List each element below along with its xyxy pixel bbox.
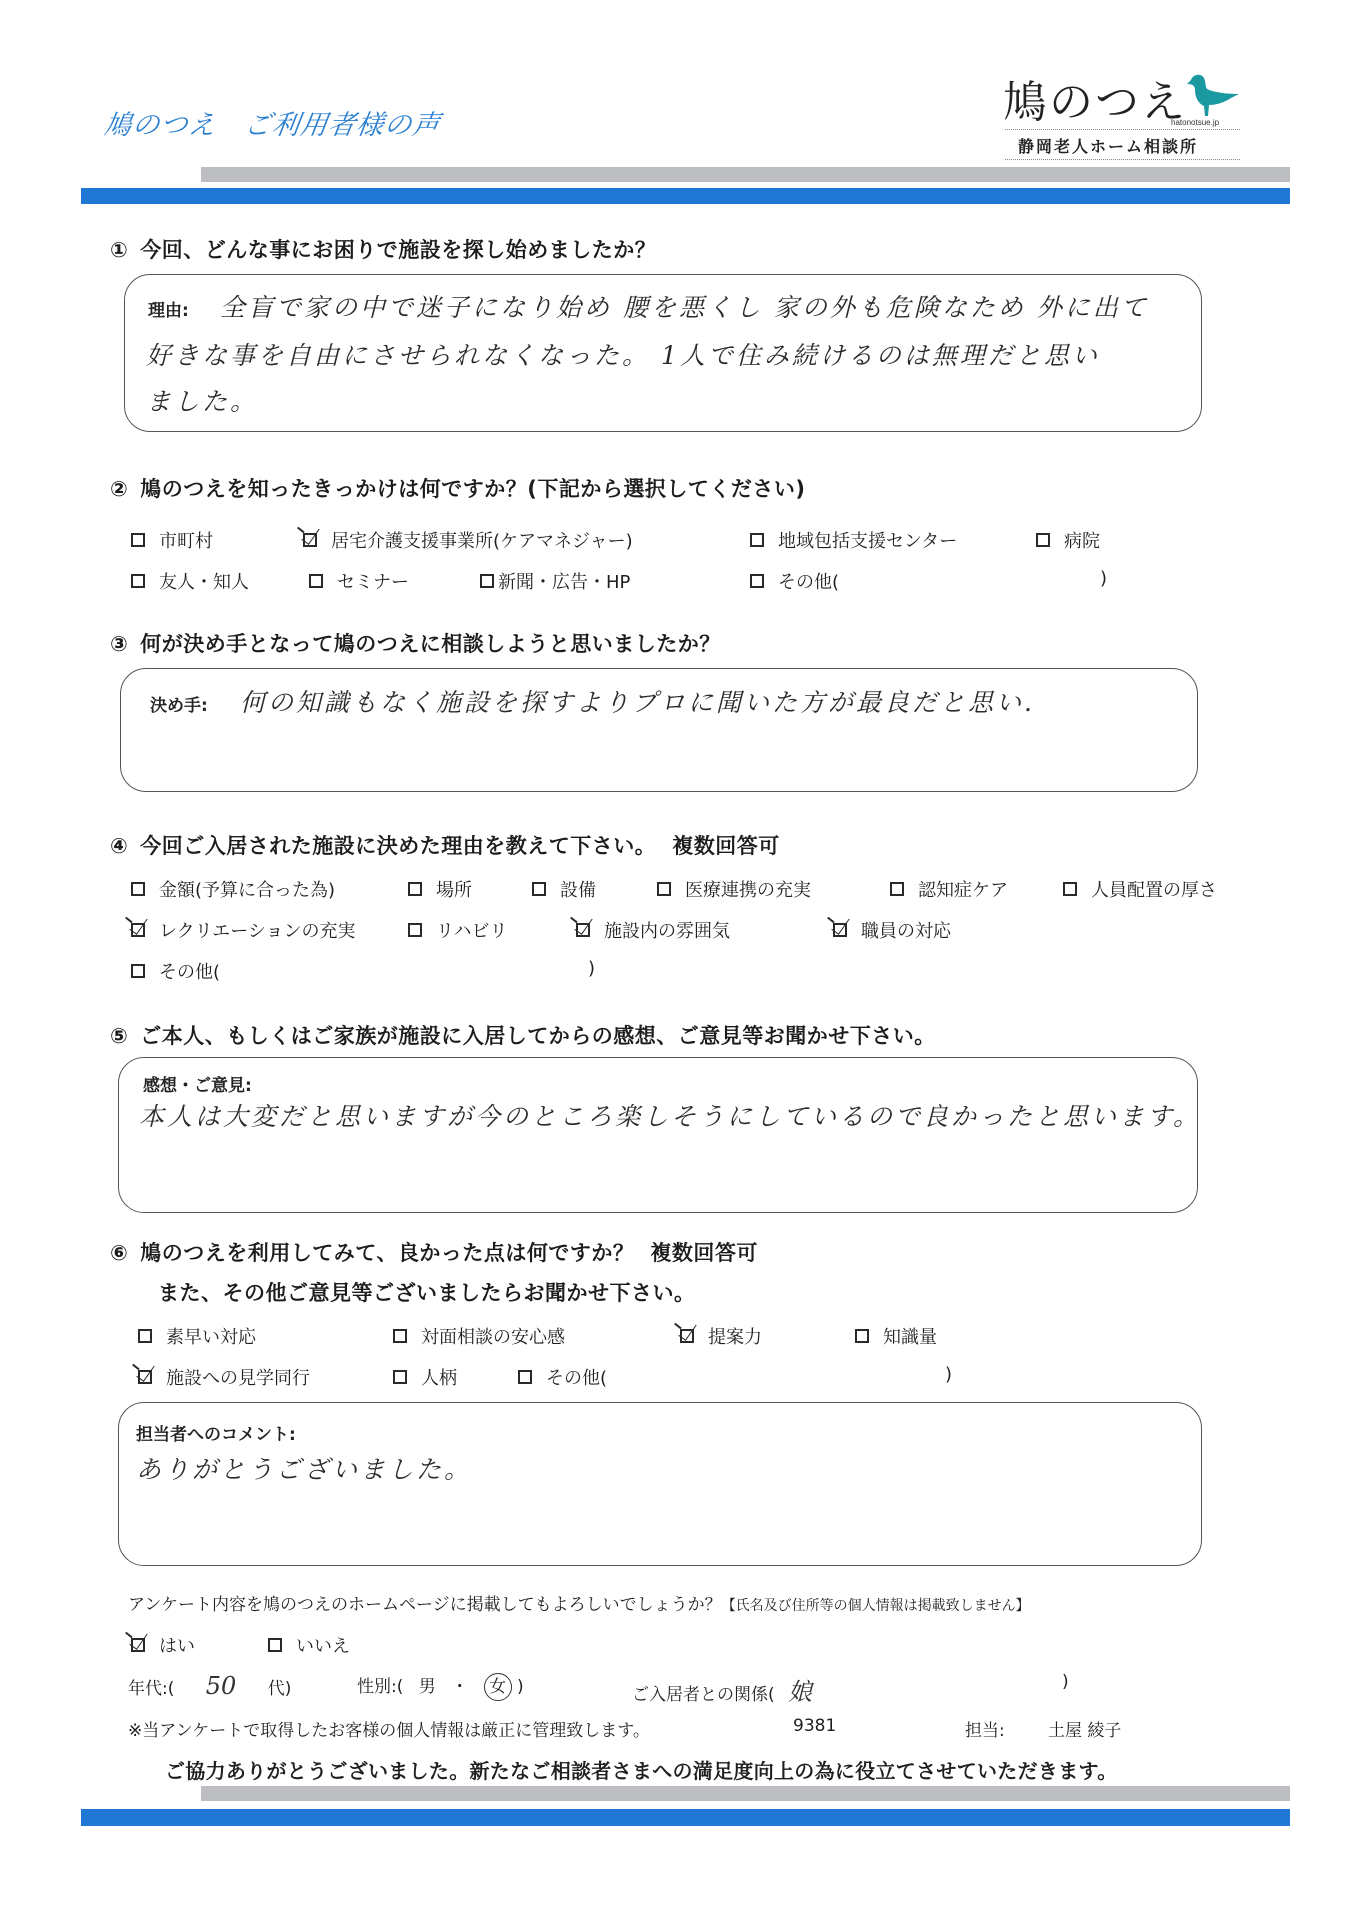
- checkbox[interactable]: [1063, 882, 1077, 896]
- gender-male[interactable]: 男: [419, 1677, 436, 1697]
- checkbox[interactable]: [131, 533, 145, 547]
- option-hospital[interactable]: 病院: [1036, 527, 1100, 553]
- question-6-subheading: また、その他ご意見等ございましたらお聞かせ下さい。: [158, 1277, 696, 1307]
- header-gray-bar: [201, 167, 1290, 182]
- thanks-message: ご協力ありがとうございました。新たなご相談者さまへの満足度向上の為に役立てさせて…: [165, 1755, 1118, 1784]
- option-facility-tour[interactable]: 施設への見学同行: [138, 1364, 310, 1390]
- question-5-heading: ⑤ご本人、もしくはご家族が施設に入居してからの感想、ご意見等お聞かせ下さい。: [110, 1020, 936, 1050]
- gender-female-selected[interactable]: 女: [484, 1673, 512, 1701]
- header-blue-bar: [81, 188, 1290, 204]
- checkbox[interactable]: [657, 882, 671, 896]
- option-proposal-ability[interactable]: 提案力: [680, 1323, 762, 1349]
- checkbox[interactable]: [855, 1329, 869, 1343]
- option-other[interactable]: その他(: [750, 568, 839, 594]
- checkbox-checked[interactable]: [680, 1329, 694, 1343]
- checkbox-checked[interactable]: [138, 1370, 152, 1384]
- question-number: ⑤: [110, 1024, 128, 1048]
- question-text: 何が決め手となって鳩のつえに相談しようと思いましたか？: [140, 632, 721, 656]
- relation-field: ご入居者との関係( 娘: [632, 1672, 812, 1707]
- consent-note: 【氏名及び住所等の個人情報は掲載致しません】: [722, 1598, 1030, 1614]
- question-text: 鳩のつえを知ったきっかけは何ですか？(下記から選択してください): [140, 477, 805, 501]
- checkbox-checked[interactable]: [833, 923, 847, 937]
- age-field: 年代:( 50 代): [128, 1672, 291, 1700]
- consent-yes[interactable]: はい: [131, 1632, 195, 1658]
- impressions-label: 感想・ご意見:: [143, 1071, 252, 1096]
- option-rehabilitation[interactable]: リハビリ: [408, 917, 507, 943]
- question-text: 鳩のつえを利用してみて、良かった点は何ですか？: [140, 1241, 634, 1265]
- checkbox[interactable]: [1036, 533, 1050, 547]
- reason-label: 理由:: [148, 296, 189, 321]
- checkbox[interactable]: [408, 882, 422, 896]
- option-other[interactable]: その他(: [518, 1364, 607, 1390]
- checkbox[interactable]: [131, 882, 145, 896]
- option-medical-cooperation[interactable]: 医療連携の充実: [657, 876, 811, 902]
- checkbox[interactable]: [532, 882, 546, 896]
- consent-no[interactable]: いいえ: [268, 1632, 350, 1658]
- logo-wordmark: 鳩のつえ: [1003, 66, 1187, 130]
- checkbox[interactable]: [138, 1329, 152, 1343]
- pigeon-icon: [1181, 72, 1241, 120]
- checkbox[interactable]: [131, 964, 145, 978]
- comment-label: 担当者へのコメント:: [136, 1420, 296, 1445]
- question-number: ③: [110, 632, 128, 656]
- option-municipality[interactable]: 市町村: [131, 527, 213, 553]
- option-seminar[interactable]: セミナー: [309, 568, 409, 594]
- option-community-center[interactable]: 地域包括支援センター: [750, 527, 957, 553]
- multiple-answers-note: 複数回答可: [650, 1241, 758, 1265]
- option-atmosphere[interactable]: 施設内の雰囲気: [576, 917, 730, 943]
- footer-gray-bar: [201, 1786, 1290, 1801]
- checkbox[interactable]: [750, 574, 764, 588]
- checkbox[interactable]: [131, 574, 145, 588]
- logo-subtitle: 静岡老人ホーム相談所: [1018, 134, 1198, 157]
- multiple-answers-note: 複数回答可: [672, 834, 780, 858]
- privacy-notice: ※当アンケートで取得したお客様の個人情報は厳正に管理致します。: [128, 1716, 650, 1741]
- footer-blue-bar: [81, 1809, 1290, 1826]
- question-6-heading: ⑥鳩のつえを利用してみて、良かった点は何ですか？複数回答可: [110, 1237, 758, 1267]
- gender-field: 性別:( 男 ・ 女 ): [357, 1672, 524, 1701]
- staff-name: 土屋 綾子: [1048, 1716, 1121, 1741]
- age-value: 50: [206, 1672, 237, 1700]
- option-newspaper-ad-hp[interactable]: 新聞・広告・HP: [480, 568, 630, 594]
- logo-divider: [1005, 129, 1240, 130]
- comment-text: ありがとうございました。: [136, 1450, 472, 1486]
- option-dementia-care[interactable]: 認知症ケア: [890, 876, 1008, 902]
- question-4-heading: ④今回ご入居された施設に決めた理由を教えて下さい。複数回答可: [110, 830, 780, 860]
- relation-value: 娘: [788, 1678, 812, 1706]
- question-number: ①: [110, 238, 128, 262]
- survey-id: 9381: [793, 1716, 836, 1736]
- option-recreation[interactable]: レクリエーションの充実: [131, 917, 356, 943]
- option-facilities[interactable]: 設備: [532, 876, 596, 902]
- checkbox[interactable]: [393, 1370, 407, 1384]
- checkbox[interactable]: [408, 923, 422, 937]
- checkbox-checked[interactable]: [303, 533, 317, 547]
- option-care-manager[interactable]: 居宅介護支援事業所(ケアマネジャー): [303, 527, 633, 553]
- question-number: ④: [110, 834, 128, 858]
- question-text: 今回、どんな事にお困りで施設を探し始めましたか？: [140, 238, 656, 262]
- option-staffing[interactable]: 人員配置の厚さ: [1063, 876, 1217, 902]
- deciding-factor-label: 決め手:: [150, 691, 208, 716]
- question-1-heading: ①今回、どんな事にお困りで施設を探し始めましたか？: [110, 234, 656, 264]
- option-knowledge[interactable]: 知識量: [855, 1323, 937, 1349]
- other-paren-close: ): [588, 958, 595, 979]
- answer-box-q5: [118, 1057, 1198, 1213]
- relation-paren-close: ): [1062, 1672, 1069, 1692]
- document-title: 鳩のつえ ご利用者様の声: [102, 103, 443, 142]
- logo-domain: hatonotsue.jp: [1171, 118, 1219, 127]
- option-other[interactable]: その他(: [131, 958, 220, 984]
- answer-line-2: 好きな事を自由にさせられなくなった。 1人で住み続けるのは無理だと思い: [146, 336, 1100, 372]
- question-text: 今回ご入居された施設に決めた理由を教えて下さい。: [140, 834, 656, 858]
- question-3-heading: ③何が決め手となって鳩のつえに相談しようと思いましたか？: [110, 628, 721, 658]
- question-number: ⑥: [110, 1241, 128, 1265]
- question-text: ご本人、もしくはご家族が施設に入居してからの感想、ご意見等お聞かせ下さい。: [140, 1024, 936, 1048]
- checkbox-checked[interactable]: [131, 1638, 145, 1652]
- checkbox[interactable]: [750, 533, 764, 547]
- checkbox[interactable]: [480, 574, 494, 588]
- option-staff-attitude[interactable]: 職員の対応: [833, 917, 951, 943]
- answer-line-3: ました。: [146, 382, 258, 418]
- option-price[interactable]: 金額(予算に合った為): [131, 876, 335, 902]
- question-2-heading: ②鳩のつえを知ったきっかけは何ですか？(下記から選択してください): [110, 473, 805, 503]
- option-friend[interactable]: 友人・知人: [131, 568, 249, 594]
- checkbox[interactable]: [268, 1638, 282, 1652]
- question-number: ②: [110, 477, 128, 501]
- logo-divider: [1005, 159, 1240, 160]
- checkbox[interactable]: [518, 1370, 532, 1384]
- checkbox[interactable]: [309, 574, 323, 588]
- option-location[interactable]: 場所: [408, 876, 472, 902]
- option-quick-response[interactable]: 素早い対応: [138, 1323, 256, 1349]
- consent-question: アンケート内容を鳩のつえのホームページに掲載してもよろしいでしょうか？【氏名及び…: [128, 1590, 1030, 1615]
- checkbox[interactable]: [890, 882, 904, 896]
- staff-label: 担当:: [965, 1716, 1005, 1741]
- other-paren-close: ): [945, 1364, 952, 1385]
- checkbox-checked[interactable]: [131, 923, 145, 937]
- checkbox-checked[interactable]: [576, 923, 590, 937]
- option-personality[interactable]: 人柄: [393, 1364, 457, 1390]
- checkbox[interactable]: [393, 1329, 407, 1343]
- answer-line-1: 全盲で家の中で迷子になり始め 腰を悪くし 家の外も危険なため 外に出て: [220, 288, 1149, 324]
- other-paren-close: ): [1100, 568, 1107, 589]
- impressions-answer: 本人は大変だと思いますが今のところ楽しそうにしているので良かったと思います。: [139, 1097, 1201, 1133]
- deciding-factor-answer: 何の知識もなく施設を探すよりプロに聞いた方が最良だと思い.: [240, 683, 1035, 719]
- option-face-to-face[interactable]: 対面相談の安心感: [393, 1323, 565, 1349]
